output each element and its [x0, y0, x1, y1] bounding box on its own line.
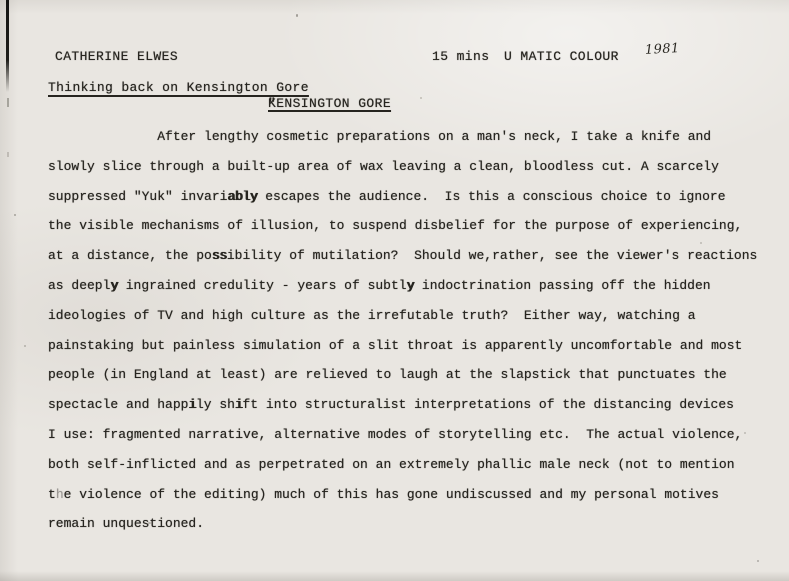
- text-line: spectacle and happily shift into structu…: [48, 390, 757, 420]
- text-segment: ft into structuralist interpretations of…: [242, 397, 733, 412]
- scan-artifact: [7, 152, 9, 157]
- text-segment: t: [48, 487, 56, 502]
- format-label: U MATIC COLOUR: [504, 47, 619, 67]
- text-line: slowly slice through a built-up area of …: [48, 152, 757, 182]
- text-segment: ibility of mutilation? Should we,rather,…: [227, 248, 758, 263]
- scan-speck: [296, 14, 298, 17]
- text-segment: remain unquestioned.: [48, 516, 204, 531]
- text-segment: e violence of the editing) much of this …: [64, 487, 719, 502]
- text-line: at a distance, the possibility of mutila…: [48, 241, 757, 271]
- text-line: as deeply ingrained credulity - years of…: [48, 271, 757, 301]
- overstruck-text: ably: [227, 189, 257, 204]
- document-subtitle: Thinking back on Kensington Gore: [48, 78, 309, 98]
- scan-speck: [420, 97, 422, 99]
- text-line: I use: fragmented narrative, alternative…: [48, 420, 757, 450]
- author-name: CATHERINE ELWES: [55, 47, 178, 67]
- text-segment: the visible mechanisms of illusion, to s…: [48, 218, 742, 233]
- text-segment: at a distance, the po: [48, 248, 212, 263]
- text-segment: I use: fragmented narrative, alternative…: [48, 427, 742, 442]
- text-line: painstaking but painless simulation of a…: [48, 331, 757, 361]
- text-segment: people (in England at least) are relieve…: [48, 367, 727, 382]
- scan-edge-line: [6, 0, 9, 92]
- scan-artifact: [7, 98, 9, 107]
- text-segment: escapes the audience. Is this a consciou…: [257, 189, 725, 204]
- text-segment: both self-inflicted and as perpetrated o…: [48, 457, 735, 472]
- scan-speck: [24, 345, 26, 347]
- text-segment: indoctrination passing off the hidden: [414, 278, 710, 293]
- scan-speck: [14, 214, 16, 216]
- document-body: After lengthy cosmetic preparations on a…: [48, 122, 757, 539]
- text-segment: After lengthy cosmetic preparations on a…: [48, 129, 711, 144]
- text-line: ideologies of TV and high culture as the…: [48, 301, 757, 331]
- text-segment: ideologies of TV and high culture as the…: [48, 308, 696, 323]
- text-segment: suppressed "Yuk" invari: [48, 189, 227, 204]
- text-line: the visible mechanisms of illusion, to s…: [48, 211, 757, 241]
- text-segment: painstaking but painless simulation of a…: [48, 338, 742, 353]
- overstruck-text: y: [110, 278, 118, 293]
- overstruck-text: y: [407, 278, 415, 293]
- handwritten-year: 1981: [645, 39, 681, 61]
- text-line: suppressed "Yuk" invariably escapes the …: [48, 182, 757, 212]
- duration-label: 15 mins: [432, 47, 489, 67]
- text-line: the violence of the editing) much of thi…: [48, 480, 757, 510]
- overstruck-text: ss: [212, 248, 227, 263]
- faint-text: h: [56, 487, 64, 502]
- overstruck-text: i: [188, 397, 196, 412]
- text-line: After lengthy cosmetic preparations on a…: [48, 122, 757, 152]
- text-line: both self-inflicted and as perpetrated o…: [48, 450, 757, 480]
- text-segment: as deepl: [48, 278, 110, 293]
- document-page: CATHERINE ELWES "KENSINGTON GORE" 15 min…: [0, 0, 789, 581]
- document-header: CATHERINE ELWES "KENSINGTON GORE" 15 min…: [0, 0, 789, 126]
- text-segment: ingrained credulity - years of subtl: [118, 278, 407, 293]
- scan-speck: [757, 560, 759, 562]
- text-line: people (in England at least) are relieve…: [48, 360, 757, 390]
- text-segment: slowly slice through a built-up area of …: [48, 159, 719, 174]
- text-segment: spectacle and happ: [48, 397, 188, 412]
- text-line: remain unquestioned.: [48, 509, 757, 539]
- text-segment: ly sh: [196, 397, 235, 412]
